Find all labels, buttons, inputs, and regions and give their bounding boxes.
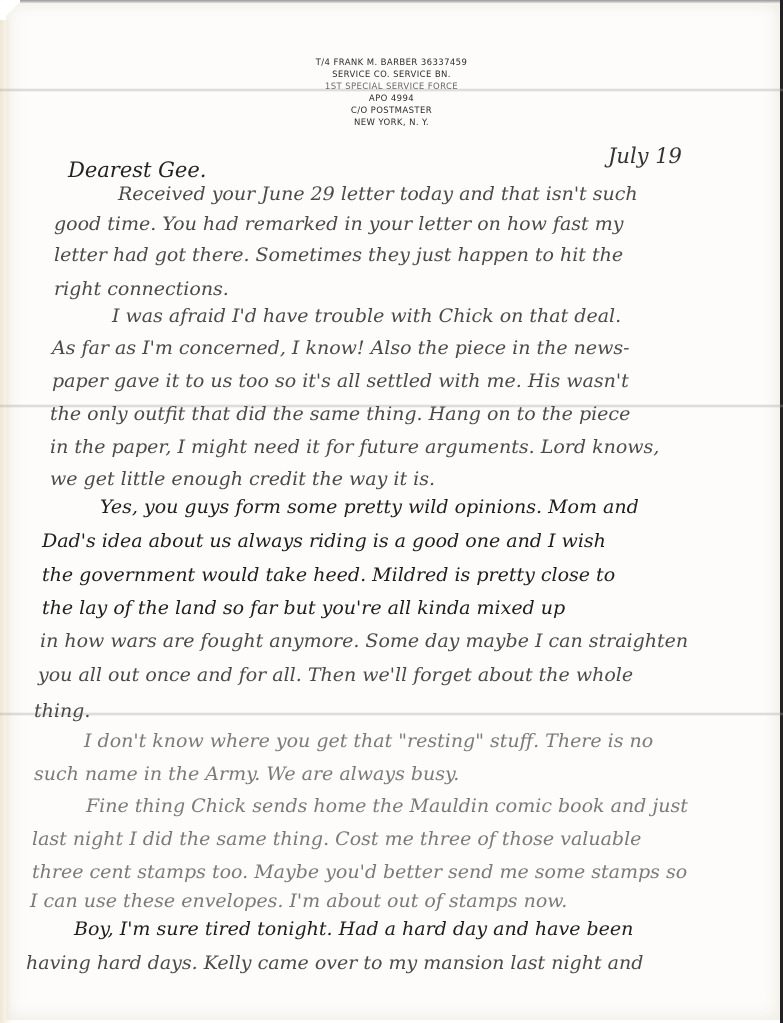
- letter-line: the only outfit that did the same thing.…: [50, 403, 630, 425]
- letterhead-apo: APO 4994: [0, 93, 783, 105]
- letterhead-unit: SERVICE CO. SERVICE BN.: [0, 69, 783, 81]
- paper-edge-top: [20, 0, 783, 3]
- letter-line: you all out once and for all. Then we'll…: [38, 664, 633, 686]
- letter-line: three cent stamps too. Maybe you'd bette…: [32, 861, 687, 883]
- letter-line: Fine thing Chick sends home the Mauldin …: [86, 795, 688, 817]
- paper-fold-line: [0, 712, 783, 716]
- letter-date: July 19: [608, 144, 682, 168]
- letter-line: paper gave it to us too so it's all sett…: [52, 370, 629, 392]
- letter-line: in how wars are fought anymore. Some day…: [40, 630, 688, 652]
- letter-salutation: Dearest Gee.: [68, 158, 206, 182]
- letterhead-city: NEW YORK, N. Y.: [0, 117, 783, 129]
- letter-line: the lay of the land so far but you're al…: [42, 597, 565, 619]
- letter-line: I don't know where you get that "resting…: [84, 730, 653, 752]
- letter-line: last night I did the same thing. Cost me…: [32, 828, 641, 850]
- letter-line: Boy, I'm sure tired tonight. Had a hard …: [74, 918, 633, 940]
- letterhead: T/4 FRANK M. BARBER 36337459 SERVICE CO.…: [0, 57, 783, 129]
- paper-edge-left: [0, 20, 12, 1023]
- letter-line: good time. You had remarked in your lett…: [54, 213, 623, 235]
- letter-line: such name in the Army. We are always bus…: [34, 763, 459, 785]
- letter-line: Dad's idea about us always riding is a g…: [42, 530, 606, 552]
- letter-line: Received your June 29 letter today and t…: [118, 183, 638, 205]
- letter-line: As far as I'm concerned, I know! Also th…: [52, 337, 630, 359]
- letterhead-postmaster: C/O POSTMASTER: [0, 105, 783, 117]
- letter-line: we get little enough credit the way it i…: [50, 468, 435, 490]
- letter-line: I can use these envelopes. I'm about out…: [30, 890, 567, 912]
- letterhead-name: T/4 FRANK M. BARBER 36337459: [0, 57, 783, 69]
- letter-line: I was afraid I'd have trouble with Chick…: [112, 305, 621, 327]
- letter-line: thing.: [34, 700, 90, 722]
- letter-line: Yes, you guys form some pretty wild opin…: [100, 496, 639, 518]
- letter-line: in the paper, I might need it for future…: [50, 436, 659, 458]
- letter-line: right connections.: [54, 278, 229, 300]
- letterhead-force: 1ST SPECIAL SERVICE FORCE: [0, 81, 783, 93]
- letter-line: letter had got there. Sometimes they jus…: [54, 244, 623, 266]
- letter-line: the government would take heed. Mildred …: [42, 564, 615, 586]
- letter-line: having hard days. Kelly came over to my …: [26, 952, 643, 974]
